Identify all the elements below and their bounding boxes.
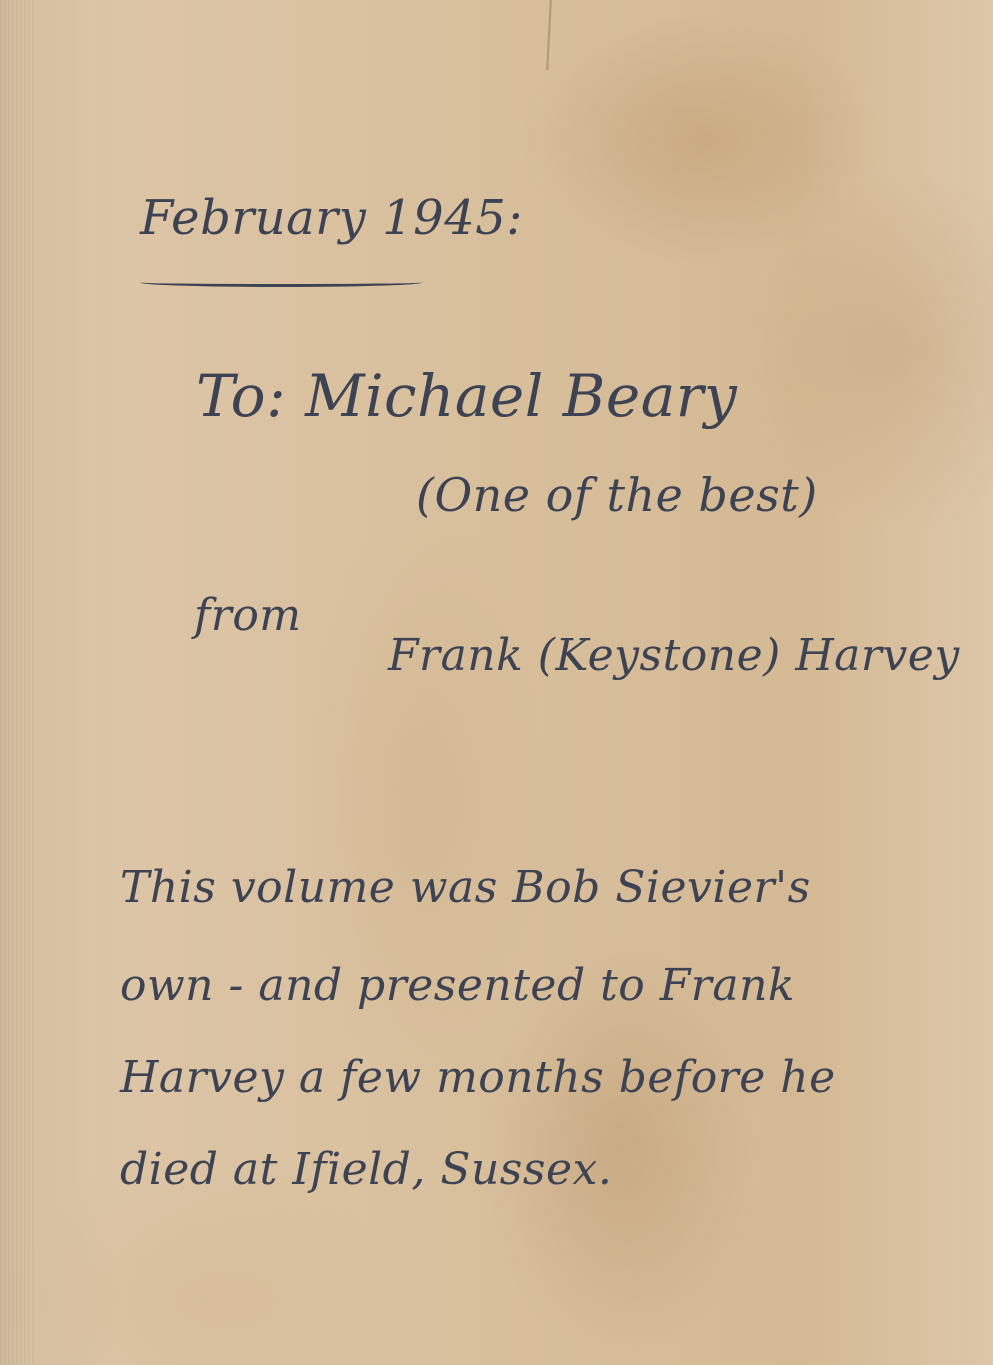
note-line: own - and presented to Frank [120, 960, 795, 1011]
inscription-date: February 1945: [140, 190, 523, 246]
from-label: from [194, 590, 302, 641]
from-signature: Frank (Keystone) Harvey [388, 630, 960, 681]
note-line: Harvey a few months before he [120, 1052, 836, 1103]
flyleaf-page: February 1945: To: Michael Beary (One of… [0, 0, 993, 1365]
note-line: This volume was Bob Sievier's [120, 862, 811, 913]
dedication-recipient: To: Michael Beary [196, 362, 737, 430]
date-underline [140, 278, 422, 287]
dedication-tagline: (One of the best) [416, 468, 818, 522]
note-line: died at Ifield, Sussex. [120, 1144, 612, 1195]
paper-crease [546, 0, 552, 70]
